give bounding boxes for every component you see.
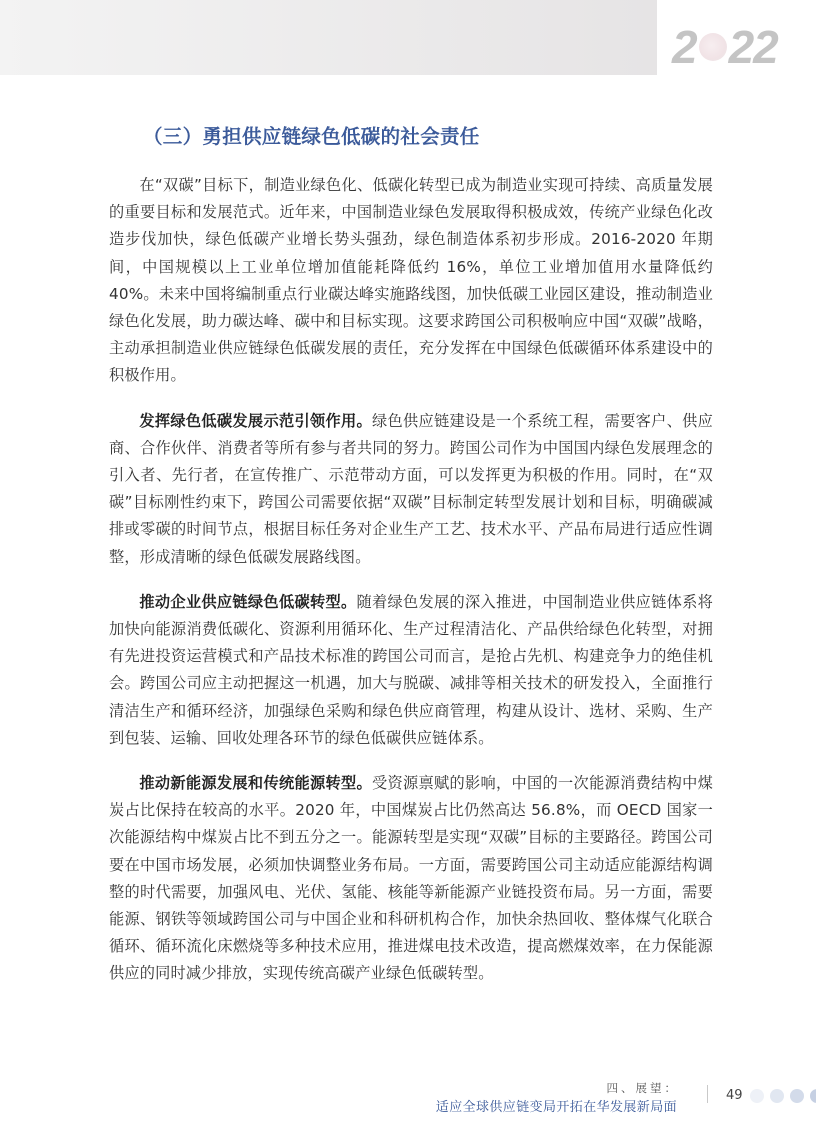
section-title: （三）勇担供应链绿色低碳的社会责任 — [143, 121, 480, 149]
paragraph-text: 绿色供应链建设是一个系统工程，需要客户、供应商、合作伙伴、消费者等所有参与者共同… — [109, 412, 713, 566]
dot-icon — [810, 1089, 816, 1103]
dot-icon — [790, 1089, 804, 1103]
paragraph-text: 随着绿色发展的深入推进，中国制造业供应链体系将加快向能源消费低碳化、资源利用循环… — [109, 593, 713, 747]
paragraph-lead: 推动新能源发展和传统能源转型。 — [139, 774, 372, 792]
footer-chapter-label: 四、展望： — [607, 1080, 680, 1096]
body-text: 在“双碳”目标下，制造业绿色化、低碳化转型已成为制造业实现可持续、高质量发展的重… — [109, 172, 713, 1006]
paragraph-text: 受资源禀赋的影响，中国的一次能源消费结构中煤炭占比保持在较高的水平。2020 年… — [109, 774, 713, 982]
page-number: 49 — [726, 1088, 743, 1103]
year-digits-right: 22 — [729, 20, 778, 74]
paragraph-text: 在“双碳”目标下，制造业绿色化、低碳化转型已成为制造业实现可持续、高质量发展的重… — [109, 176, 713, 384]
footer-divider — [707, 1085, 708, 1103]
paragraph-intro: 在“双碳”目标下，制造业绿色化、低碳化转型已成为制造业实现可持续、高质量发展的重… — [109, 172, 713, 390]
paragraph-lead: 发挥绿色低碳发展示范引领作用。 — [139, 412, 372, 430]
paragraph-energy-transition: 推动新能源发展和传统能源转型。受资源禀赋的影响，中国的一次能源消费结构中煤炭占比… — [109, 770, 713, 988]
paragraph-supply-chain-transition: 推动企业供应链绿色低碳转型。随着绿色发展的深入推进，中国制造业供应链体系将加快向… — [109, 589, 713, 752]
year-digit-left: 2 — [672, 20, 697, 74]
year-logo: 2 22 — [672, 24, 778, 70]
decorative-dots — [750, 1089, 816, 1103]
dot-icon — [750, 1089, 764, 1103]
paragraph-demonstration: 发挥绿色低碳发展示范引领作用。绿色供应链建设是一个系统工程，需要客户、供应商、合… — [109, 408, 713, 571]
paragraph-lead: 推动企业供应链绿色低碳转型。 — [139, 593, 356, 611]
dot-icon — [770, 1089, 784, 1103]
globe-icon — [699, 33, 727, 61]
header-band — [0, 0, 657, 75]
footer-chapter-title: 适应全球供应链变局开拓在华发展新局面 — [436, 1096, 677, 1115]
